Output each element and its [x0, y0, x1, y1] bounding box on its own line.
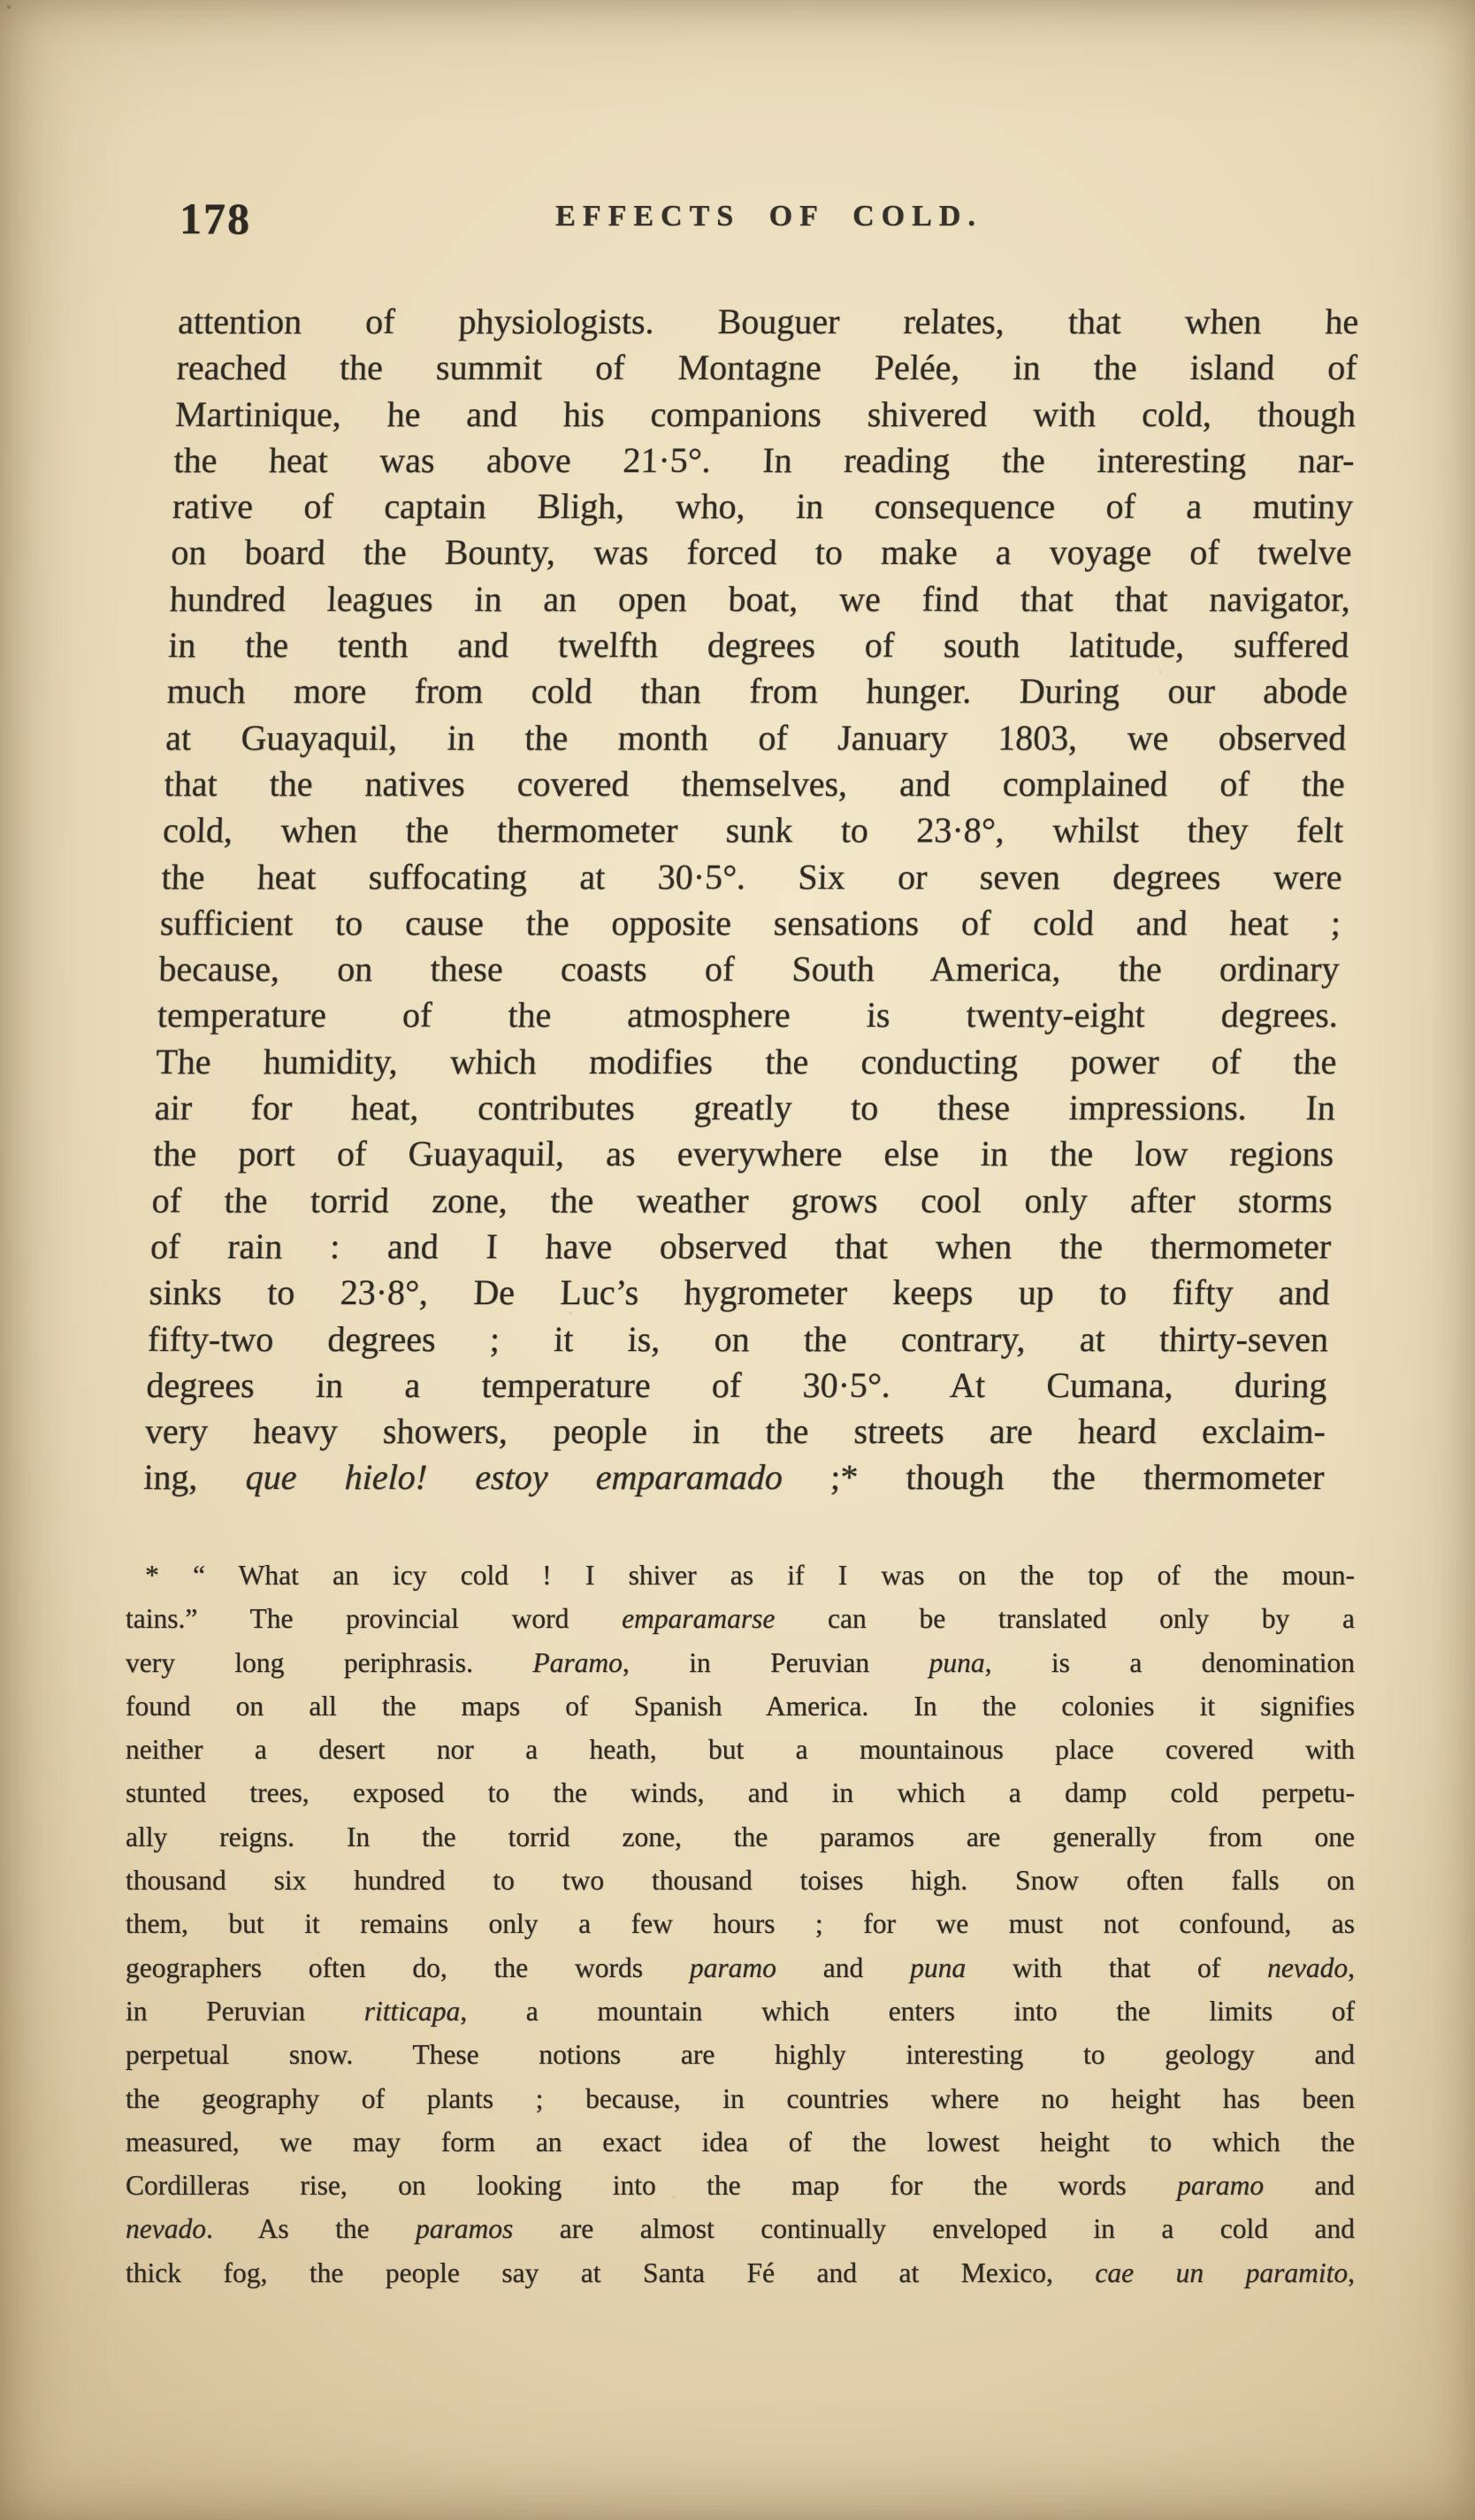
footnote-text: * “ What an icy cold ! I shiver as if I …: [126, 1554, 1355, 2295]
italic-text-segment: puna: [910, 1952, 966, 1983]
text-segment: measured, we may form an exact idea of t…: [126, 2127, 1355, 2157]
text-segment: the port of Guayaquil, as everywhere els…: [153, 1134, 1334, 1173]
text-line: neither a desert nor a heath, but a moun…: [126, 1728, 1355, 1771]
text-segment: , is a denomination: [985, 1647, 1355, 1678]
text-segment: degrees in a temperature of 30·5°. At Cu…: [146, 1365, 1327, 1405]
text-line: cold, when the thermometer sunk to 23·8°…: [162, 807, 1344, 853]
text-line: attention of physiologists. Bouguer rela…: [177, 299, 1359, 345]
italic-text-segment: que hielo! estoy emparamado: [245, 1457, 783, 1497]
text-line: Cordilleras rise, on looking into the ma…: [126, 2164, 1355, 2207]
text-line: much more from cold than from hunger. Du…: [166, 668, 1349, 714]
text-line: The humidity, which modifies the conduct…: [156, 1039, 1338, 1085]
text-segment: and: [1264, 2170, 1355, 2201]
italic-text-segment: Paramo: [532, 1647, 623, 1678]
text-segment: Cordilleras rise, on looking into the ma…: [126, 2170, 1177, 2201]
text-segment: tains.” The provincial word: [126, 1603, 622, 1634]
text-segment: geographers often do, the words: [126, 1952, 690, 1983]
text-segment: very heavy showers, people in the street…: [144, 1411, 1326, 1451]
text-line: perpetual snow. These notions are highly…: [126, 2033, 1355, 2076]
text-segment: that the natives covered themselves, and…: [164, 764, 1345, 804]
text-segment: sufficient to cause the opposite sensati…: [159, 903, 1341, 943]
running-header: EFFECTS OF COLD.: [179, 200, 1359, 233]
text-line: at Guayaquil, in the month of January 18…: [164, 715, 1347, 761]
text-segment: in Peruvian: [126, 1996, 364, 2027]
text-line: stunted trees, exposed to the winds, and…: [126, 1771, 1355, 1814]
text-segment: cold, when the thermometer sunk to 23·8°…: [163, 810, 1344, 850]
text-line: that the natives covered themselves, and…: [164, 761, 1346, 807]
text-segment: ,: [1348, 1952, 1355, 1983]
text-line: the heat was above 21·5°. In reading the…: [173, 438, 1356, 484]
text-segment: ;* though the thermometer: [782, 1457, 1325, 1497]
text-segment: ,: [1348, 2257, 1355, 2288]
italic-text-segment: puna: [929, 1647, 985, 1678]
text-line: hundred leagues in an open boat, we find…: [169, 577, 1351, 622]
body-text: attention of physiologists. Bouguer rela…: [143, 299, 1359, 1501]
italic-text-segment: paramos: [416, 2213, 513, 2244]
italic-text-segment: nevado: [1267, 1952, 1348, 1983]
text-line: rative of captain Bligh, who, in consequ…: [172, 484, 1354, 530]
text-line: on board the Bounty, was forced to make …: [171, 530, 1353, 576]
text-segment: fifty-two degrees ; it is, on the contra…: [147, 1319, 1328, 1359]
text-segment: * “ What an icy cold ! I shiver as if I …: [145, 1560, 1355, 1591]
text-line: temperature of the atmosphere is twenty-…: [157, 992, 1339, 1038]
text-segment: , in Peruvian: [623, 1647, 929, 1678]
text-segment: of rain : and I have observed that when …: [150, 1226, 1332, 1266]
text-line: the heat suffocating at 30·5°. Six or se…: [161, 854, 1343, 900]
italic-text-segment: cae un paramito: [1095, 2257, 1348, 2288]
text-segment: ally reigns. In the torrid zone, the par…: [126, 1821, 1355, 1852]
text-segment: them, but it remains only a few hours ; …: [126, 1908, 1355, 1939]
text-segment: perpetual snow. These notions are highly…: [126, 2039, 1355, 2070]
text-segment: air for heat, contributes greatly to the…: [154, 1088, 1335, 1127]
italic-text-segment: ritticapa: [364, 1996, 461, 2027]
text-line: because, on these coasts of South Americ…: [158, 946, 1341, 992]
text-line: fifty-two degrees ; it is, on the contra…: [147, 1317, 1329, 1363]
text-segment: because, on these coasts of South Americ…: [158, 949, 1340, 989]
text-line: air for heat, contributes greatly to the…: [154, 1085, 1336, 1131]
text-line: in Peruvian ritticapa, a mountain which …: [126, 1989, 1355, 2033]
text-segment: on board the Bounty, was forced to make …: [171, 532, 1352, 572]
text-line: measured, we may form an exact idea of t…: [126, 2120, 1355, 2164]
scanned-book-page: 178 EFFECTS OF COLD. attention of physio…: [0, 0, 1475, 2520]
text-segment: the heat was above 21·5°. In reading the…: [173, 440, 1355, 480]
text-segment: ing,: [143, 1457, 247, 1497]
italic-text-segment: paramo: [1177, 2170, 1264, 2201]
text-line: sinks to 23·8°, De Luc’s hygrometer keep…: [149, 1270, 1331, 1316]
text-line: very heavy showers, people in the street…: [144, 1409, 1326, 1455]
text-line: ing, que hielo! estoy emparamado ;* thou…: [143, 1455, 1326, 1501]
text-segment: thousand six hundred to two thousand toi…: [126, 1865, 1355, 1896]
text-segment: found on all the maps of Spanish America…: [126, 1691, 1355, 1722]
text-segment: hundred leagues in an open boat, we find…: [169, 579, 1350, 619]
text-segment: the heat suffocating at 30·5°. Six or se…: [161, 857, 1342, 897]
text-segment: with that of: [966, 1952, 1267, 1983]
text-segment: The humidity, which modifies the conduct…: [156, 1042, 1337, 1081]
italic-text-segment: nevado: [126, 2213, 206, 2244]
text-segment: of the torrid zone, the weather grows co…: [151, 1180, 1333, 1220]
text-segment: sinks to 23·8°, De Luc’s hygrometer keep…: [149, 1272, 1330, 1312]
text-line: in the tenth and twelfth degrees of sout…: [168, 622, 1350, 668]
text-line: reached the summit of Montagne Pelée, in…: [176, 345, 1358, 391]
text-segment: neither a desert nor a heath, but a moun…: [126, 1734, 1355, 1765]
text-line: the geography of plants ; because, in co…: [126, 2077, 1355, 2120]
text-segment: very long periphrasis.: [126, 1647, 532, 1678]
text-segment: rative of captain Bligh, who, in consequ…: [172, 486, 1353, 526]
text-line: sufficient to cause the opposite sensati…: [159, 900, 1341, 946]
text-line: thousand six hundred to two thousand toi…: [126, 1859, 1355, 1902]
text-segment: Martinique, he and his companions shiver…: [174, 394, 1356, 434]
text-segment: much more from cold than from hunger. Du…: [166, 671, 1348, 711]
text-line: of rain : and I have observed that when …: [149, 1224, 1332, 1270]
text-segment: the geography of plants ; because, in co…: [126, 2083, 1355, 2114]
text-segment: reached the summit of Montagne Pelée, in…: [176, 347, 1357, 387]
text-segment: thick fog, the people say at Santa Fé an…: [126, 2257, 1095, 2288]
text-segment: temperature of the atmosphere is twenty-…: [157, 995, 1338, 1035]
text-segment: at Guayaquil, in the month of January 18…: [165, 718, 1347, 758]
text-line: * “ What an icy cold ! I shiver as if I …: [126, 1554, 1355, 1597]
text-line: found on all the maps of Spanish America…: [126, 1684, 1355, 1728]
text-line: very long periphrasis. Paramo, in Peruvi…: [126, 1641, 1355, 1684]
text-segment: in the tenth and twelfth degrees of sout…: [168, 625, 1349, 665]
text-segment: can be translated only by a: [775, 1603, 1355, 1634]
text-segment: and: [776, 1952, 910, 1983]
text-line: thick fog, the people say at Santa Fé an…: [126, 2251, 1355, 2295]
text-line: nevado. As the paramos are almost contin…: [126, 2207, 1355, 2250]
text-segment: are almost continually enveloped in a co…: [513, 2213, 1355, 2244]
text-line: geographers often do, the words paramo a…: [126, 1946, 1355, 1989]
text-segment: . As the: [206, 2213, 416, 2244]
text-line: the port of Guayaquil, as everywhere els…: [153, 1131, 1335, 1177]
italic-text-segment: paramo: [690, 1952, 776, 1983]
text-segment: stunted trees, exposed to the winds, and…: [126, 1777, 1355, 1808]
text-line: tains.” The provincial word emparamarse …: [126, 1597, 1355, 1640]
text-line: degrees in a temperature of 30·5°. At Cu…: [146, 1363, 1328, 1409]
italic-text-segment: emparamarse: [622, 1603, 775, 1634]
text-segment: attention of physiologists. Bouguer rela…: [178, 302, 1359, 341]
text-line: of the torrid zone, the weather grows co…: [151, 1178, 1334, 1224]
text-line: them, but it remains only a few hours ; …: [126, 1902, 1355, 1945]
text-line: Martinique, he and his companions shiver…: [174, 392, 1357, 438]
text-line: ally reigns. In the torrid zone, the par…: [126, 1815, 1355, 1859]
text-segment: , a mountain which enters into the limit…: [460, 1996, 1355, 2027]
